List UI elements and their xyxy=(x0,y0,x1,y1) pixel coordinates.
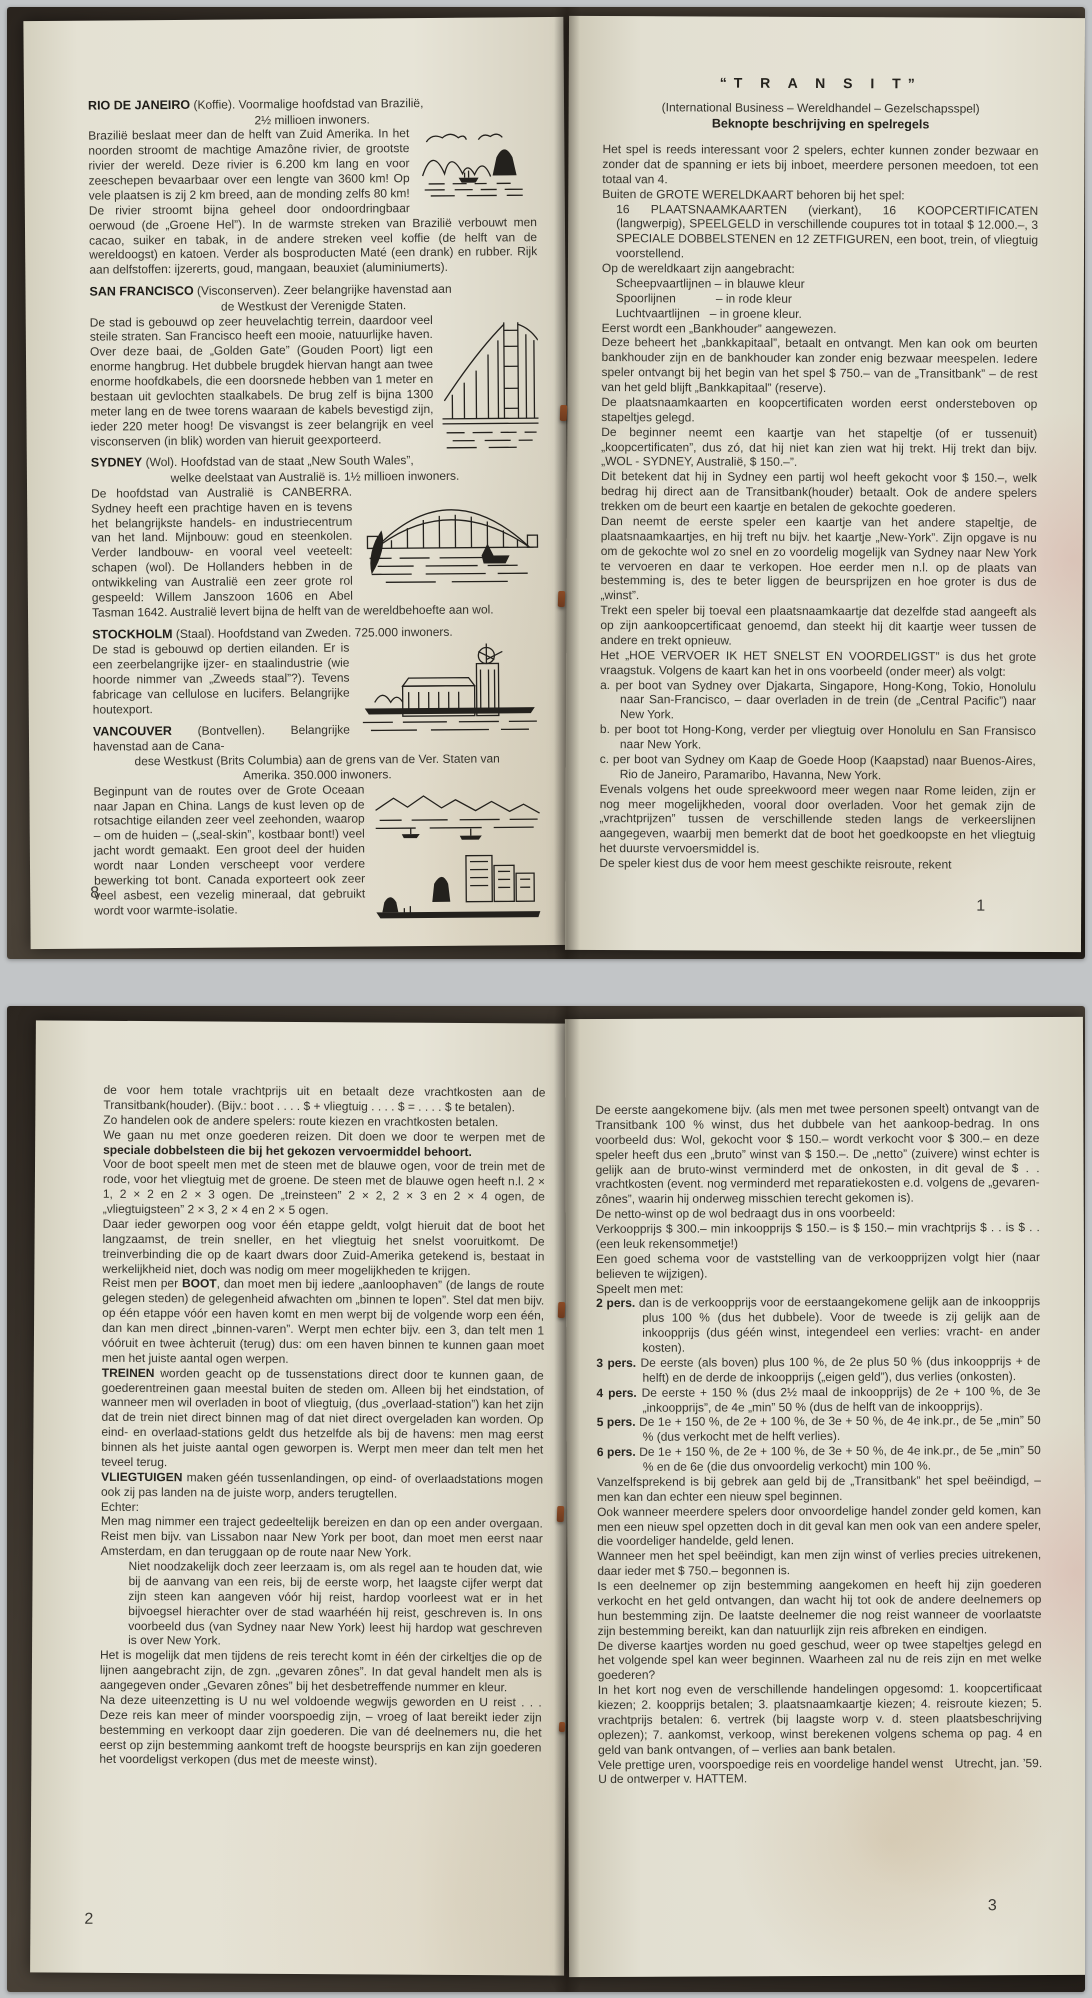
paragraph: TREINEN worden geacht op de tussenstatio… xyxy=(101,1365,544,1472)
closing-date: Utrecht, jan. ’59. xyxy=(955,1756,1042,1771)
paragraph: Ook wanneer meerdere spelers door onvoor… xyxy=(597,1503,1041,1550)
golden-gate-bridge-illustration xyxy=(442,314,539,453)
paragraph: Deze beheert het „bankkapitaal”, betaalt… xyxy=(601,335,1037,396)
vancouver-harbor-illustration xyxy=(373,783,542,926)
paragraph: De speler kiest dus de voor hem meest ge… xyxy=(599,856,1035,873)
page-1: “T R A N S I T” (International Business … xyxy=(565,16,1085,952)
paragraph: De plaatsnaamkaarten en koopcertificaten… xyxy=(601,395,1037,427)
staple xyxy=(560,405,568,421)
page-number: 3 xyxy=(988,1897,997,1915)
paragraph: Het is mogelijk dat men tijdens de reis … xyxy=(100,1648,542,1695)
paragraph: 2 pers. dan is de verkoopprijs voor de e… xyxy=(596,1294,1040,1355)
paragraph: Een goed schema voor de vaststelling van… xyxy=(596,1250,1040,1282)
page-8: RIO DE JANEIRO (Koffie). Voormalige hoof… xyxy=(23,17,570,949)
paragraph: Voor de boot speelt men met de steen met… xyxy=(103,1157,545,1219)
page2-paragraphs: de voor hem totale vrachtprijs uit en be… xyxy=(99,1083,545,1770)
paragraph: 5 pers. De 1e + 150 %, de 2e + 100 %, de… xyxy=(597,1413,1041,1445)
city-section-rio: RIO DE JANEIRO (Koffie). Voormalige hoof… xyxy=(88,95,537,278)
city-section-san-francisco: SAN FRANCISCO (Visconserven). Zeer belan… xyxy=(89,281,538,449)
paragraph: a. per boot van Sydney over Djakarta, Si… xyxy=(600,678,1036,725)
paragraph: de voor hem totale vrachtprijs uit en be… xyxy=(103,1083,545,1115)
city-note: (Koffie). Voormalige hoofdstad van Brazi… xyxy=(193,96,423,112)
city-body: De stad is gebouwd op zeer heuvelachtig … xyxy=(90,312,539,449)
paragraph: Daar ieder geworpen oog voor één etappe … xyxy=(102,1217,544,1279)
paragraph: Reist men per BOOT, dan moet men bij ied… xyxy=(102,1276,545,1368)
city-section-sydney: SYDNEY (Wol). Hoofdstad van de staat „Ne… xyxy=(91,452,540,620)
city-body: De hoofdstad van Australië is CANBERRA. … xyxy=(91,483,540,620)
photo-bottom-spread: de voor hem totale vrachtprijs uit en be… xyxy=(7,1006,1085,1992)
paragraph: Evenals volgens het oude spreekwoord mee… xyxy=(599,782,1035,858)
paragraph: De eerste aangekomene bijv. (als men met… xyxy=(595,1101,1039,1207)
city-name: VANCOUVER xyxy=(93,723,172,738)
photo-top-spread: RIO DE JANEIRO (Koffie). Voormalige hoof… xyxy=(7,7,1085,959)
page-number: 8 xyxy=(90,885,99,903)
city-section-stockholm: STOCKHOLM (Staal). Hoofdstand van Zweden… xyxy=(92,624,541,717)
paragraph: Men mag nimmer een traject gedeeltelijk … xyxy=(101,1514,543,1561)
paragraph: Niet noodzakelijk doch zeer leerzaam is,… xyxy=(100,1559,543,1651)
paragraph: 16 PLAATSNAAMKAARTEN (vierkant), 16 KOOP… xyxy=(602,202,1038,263)
staple xyxy=(558,1302,566,1318)
closing-text: Vele prettige uren, voorspoedige reis en… xyxy=(598,1756,943,1786)
city-name: STOCKHOLM xyxy=(92,627,172,642)
paragraph: 3 pers. De eerste (als boven) plus 100 %… xyxy=(596,1354,1040,1386)
city-name: SYDNEY xyxy=(91,456,143,470)
paragraph: Trekt een speler bij toeval een plaatsna… xyxy=(600,603,1036,650)
page-3: De eerste aangekomene bijv. (als men met… xyxy=(565,1017,1085,1977)
city-section-vancouver: VANCOUVER (Bontvellen). Belangrijke have… xyxy=(93,721,543,919)
paragraph: De diverse kaartjes worden nu goed gesch… xyxy=(598,1637,1042,1684)
city-name: SAN FRANCISCO xyxy=(89,284,193,299)
staple xyxy=(559,1722,565,1732)
page-2: de voor hem totale vrachtprijs uit en be… xyxy=(30,1020,570,1975)
stockholm-city-hall-illustration xyxy=(358,641,541,738)
paragraph: Verkoopprijs $ 300.– min inkoopprijs $ 1… xyxy=(596,1220,1040,1252)
paragraph: We gaan nu met onze goederen reizen. Dit… xyxy=(103,1127,545,1159)
paragraph: Wanneer men het spel beëindigt, kan men … xyxy=(597,1547,1041,1579)
paragraph: Dit betekent dat hij in Sydney een parti… xyxy=(601,469,1037,516)
paragraph: c. per boot van Sydney om Kaap de Goede … xyxy=(600,752,1036,784)
city-subtitle: dese Westkust (Brits Columbia) aan de gr… xyxy=(93,751,541,784)
paragraph: VLIEGTUIGEN maken géén tussenlandingen, … xyxy=(101,1470,543,1502)
rio-harbor-illustration xyxy=(418,127,537,202)
staple xyxy=(558,591,566,607)
city-body: Brazilië beslaat meer dan de helft van Z… xyxy=(88,125,537,277)
city-name: RIO DE JANEIRO xyxy=(88,98,190,113)
paragraph: In het kort nog even de verschillende ha… xyxy=(598,1681,1042,1757)
booklet-tagline: Beknopte beschrijving en spelregels xyxy=(603,116,1039,132)
city-note: (Visconserven). Zeer belangrijke havenst… xyxy=(197,282,452,298)
paragraph: Het „HOE VERVOER IK HET SNELST EN VOORDE… xyxy=(600,648,1036,680)
paragraph: 4 pers. De eerste + 150 % (dus 2½ maal d… xyxy=(597,1384,1041,1416)
page3-paragraphs: De eerste aangekomene bijv. (als men met… xyxy=(595,1101,1042,1757)
paragraph: De beginner neemt een kaartje van het st… xyxy=(601,425,1037,472)
paragraph: b. per boot tot Hong-Kong, verder per vl… xyxy=(600,722,1036,754)
closing-line: Utrecht, jan. ’59. Vele prettige uren, v… xyxy=(598,1756,1042,1788)
sydney-harbour-bridge-illustration xyxy=(361,485,540,588)
booklet-subtitle: (International Business – Wereldhandel –… xyxy=(603,100,1039,116)
page-number: 1 xyxy=(976,898,985,916)
city-note: (Wol). Hoofdstad van de staat „New South… xyxy=(146,453,414,469)
paragraph: Het spel is reeds interessant voor 2 spe… xyxy=(602,142,1038,189)
page1-paragraphs: Het spel is reeds interessant voor 2 spe… xyxy=(599,142,1038,873)
paragraph: Dan neemt de eerste speler een kaartje v… xyxy=(600,514,1036,605)
city-body: De stad is gebouwd op dertien eilanden. … xyxy=(92,639,541,717)
scanned-booklet-photos: { "page8": { "page_number": "8", "sectio… xyxy=(0,0,1092,1998)
booklet-title: “T R A N S I T” xyxy=(603,74,1039,92)
staple xyxy=(557,1506,565,1522)
paragraph: Vanzelfsprekend is bij gebrek aan geld b… xyxy=(597,1473,1041,1505)
city-note: (Staal). Hoofdstand van Zweden. 725.000 … xyxy=(176,624,453,640)
paragraph: Na deze uiteenzetting is U nu wel voldoe… xyxy=(99,1693,541,1770)
city-body: Beginpunt van de routes over de Grote Oc… xyxy=(93,781,542,918)
paragraph: 6 pers. De 1e + 150 %, de 2e + 100 %, de… xyxy=(597,1443,1041,1475)
page-number: 2 xyxy=(84,1911,93,1929)
paragraph: Is een deelnemer op zijn bestemming aang… xyxy=(597,1577,1041,1638)
